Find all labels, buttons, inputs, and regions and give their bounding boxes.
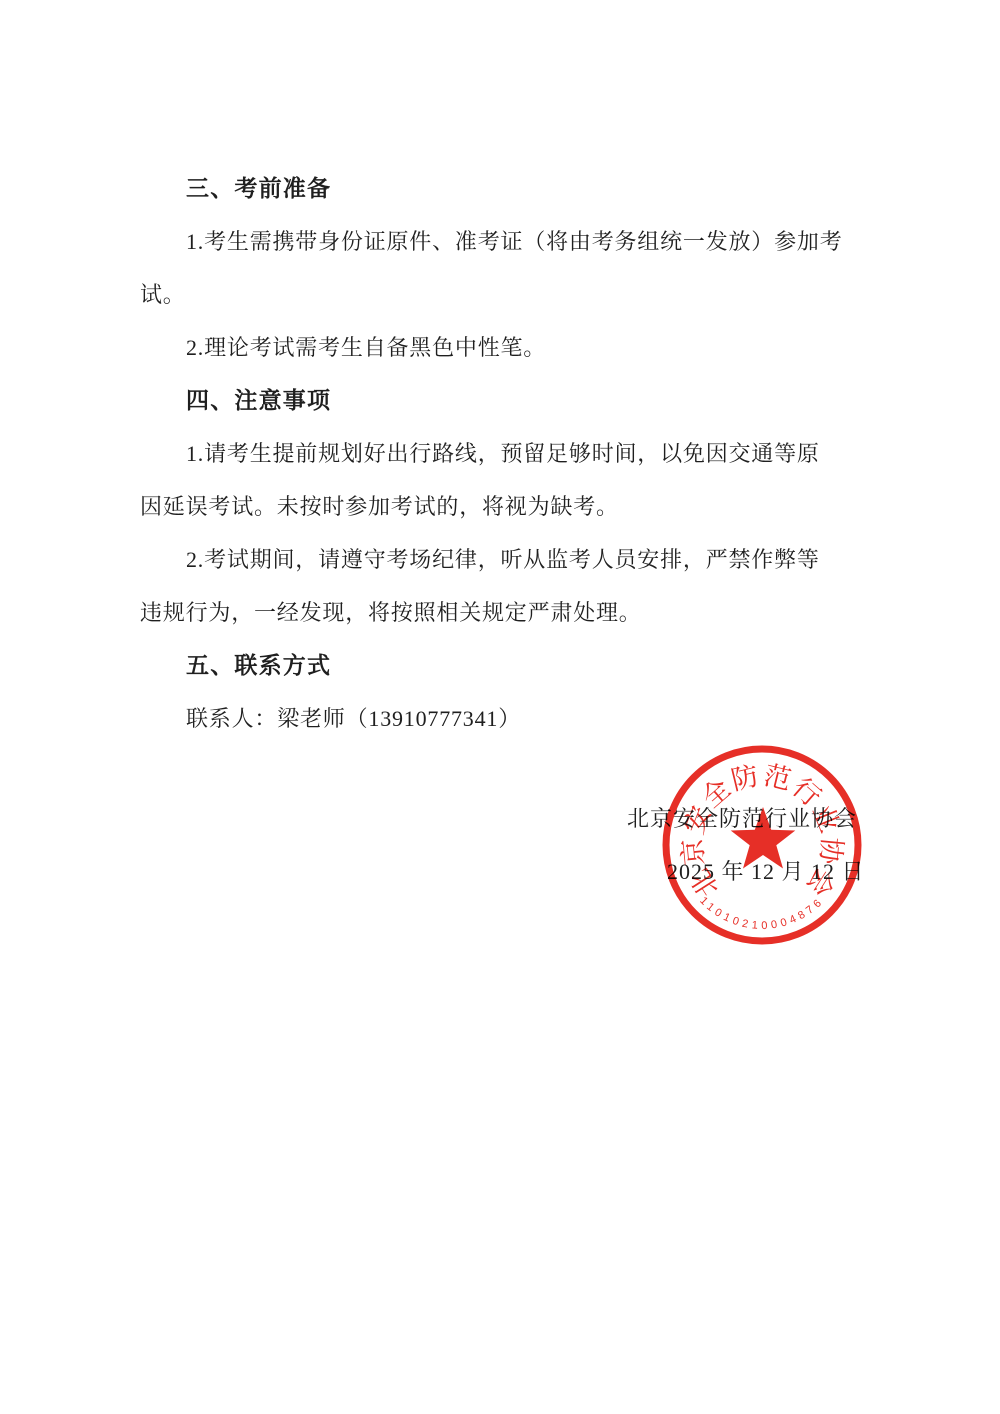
paragraph-line: 2.理论考试需考生自备黑色中性笔。 bbox=[140, 321, 900, 374]
paragraph-line: 试。 bbox=[140, 268, 900, 321]
official-seal-stamp: 北京安全防范行业协会 11010210004876 bbox=[655, 738, 869, 952]
document-page: 三、考前准备 1.考生需携带身份证原件、准考证（将由考务组统一发放）参加考 试。… bbox=[0, 0, 1000, 1414]
section-heading-5: 五、联系方式 bbox=[140, 639, 900, 692]
paragraph-line: 违规行为，一经发现，将按照相关规定严肃处理。 bbox=[140, 586, 900, 639]
paragraph-line: 因延误考试。未按时参加考试的，将视为缺考。 bbox=[140, 480, 900, 533]
document-body: 三、考前准备 1.考生需携带身份证原件、准考证（将由考务组统一发放）参加考 试。… bbox=[140, 162, 900, 745]
paragraph-line: 1.请考生提前规划好出行路线，预留足够时间，以免因交通等原 bbox=[140, 427, 900, 480]
section-heading-4: 四、注意事项 bbox=[140, 374, 900, 427]
red-star-icon bbox=[731, 807, 796, 869]
section-heading-3: 三、考前准备 bbox=[140, 162, 900, 215]
paragraph-line: 1.考生需携带身份证原件、准考证（将由考务组统一发放）参加考 bbox=[140, 215, 900, 268]
paragraph-line: 2.考试期间，请遵守考场纪律，听从监考人员安排，严禁作弊等 bbox=[140, 533, 900, 586]
